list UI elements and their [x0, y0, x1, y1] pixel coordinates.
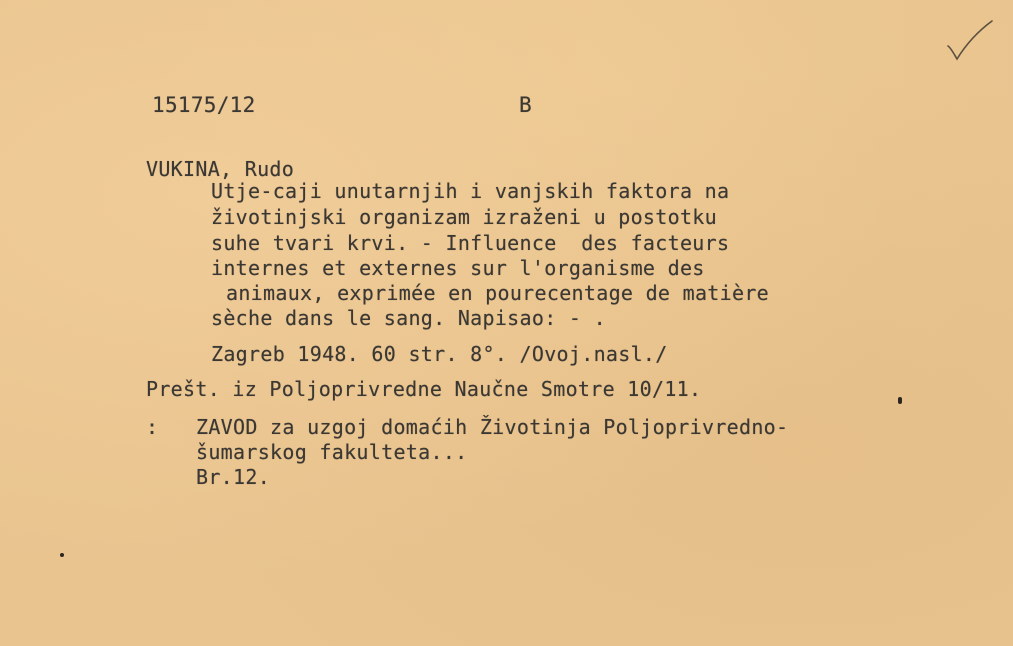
title-line: suhe tvari krvi. - Influence des facteur… — [211, 232, 729, 254]
corporate-entry-line: šumarskog fakulteta... — [196, 441, 468, 463]
catalog-card: 15175/12 B VUKINA, Rudo Utje-caji unutar… — [0, 0, 1013, 646]
ink-speck — [898, 397, 902, 404]
offprint-note: Prešt. iz Poljoprivredne Naučne Smotre 1… — [146, 378, 701, 400]
imprint-line: Zagreb 1948. 60 str. 8°. /Ovoj.nasl./ — [211, 343, 668, 365]
author-heading: VUKINA, Rudo — [146, 158, 294, 180]
shelf-letter: B — [519, 94, 532, 116]
ink-speck — [60, 553, 64, 557]
checkmark-icon — [945, 18, 995, 63]
title-line: Utje-caji unutarnjih i vanjskih faktora … — [211, 180, 729, 202]
call-number: 15175/12 — [152, 94, 256, 116]
title-line: sèche dans le sang. Napisao: - . — [211, 307, 606, 329]
title-line: animaux, exprimée en pourecentage de mat… — [226, 282, 769, 304]
corporate-entry-line: Br.12. — [196, 466, 270, 488]
corporate-entry-line: ZAVOD za uzgoj domaćih Životinja Poljopr… — [196, 416, 788, 438]
title-line: internes et externes sur l'organisme des — [211, 257, 705, 279]
title-line: životinjski organizam izraženi u postotk… — [211, 206, 717, 228]
corporate-marker: : — [146, 416, 158, 438]
